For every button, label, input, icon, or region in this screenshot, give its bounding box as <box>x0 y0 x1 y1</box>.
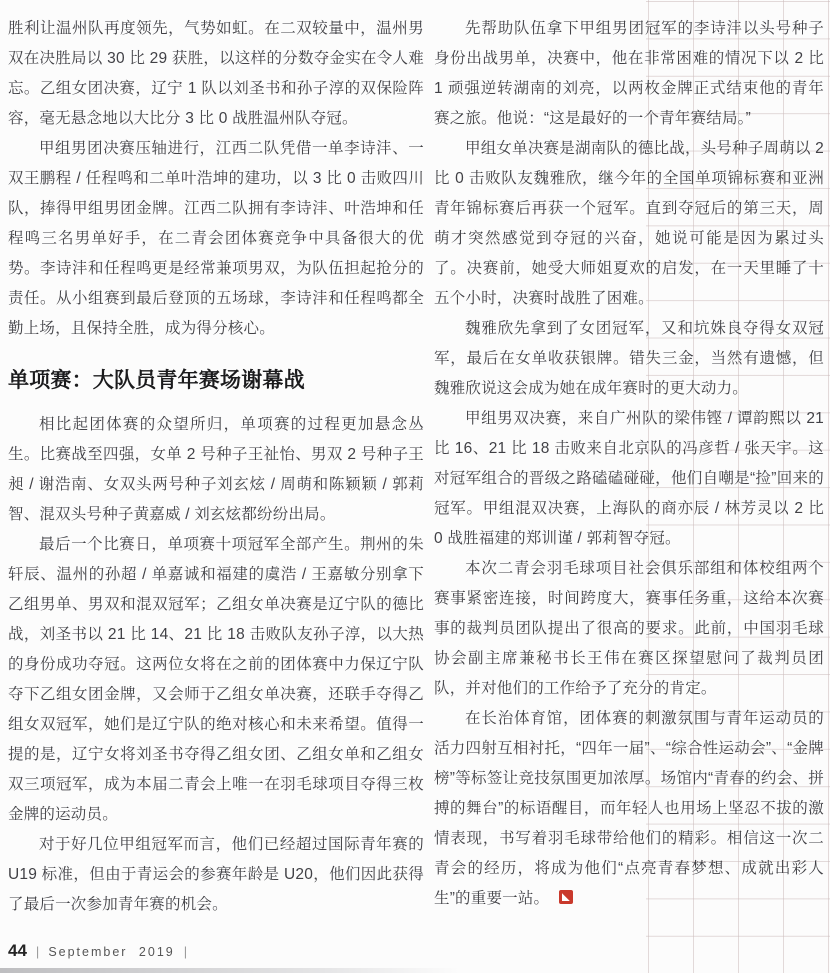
page-footer: 44 | September 2019 | <box>8 941 187 961</box>
paragraph: 对于好几位甲组冠军而言，他们已经超过国际青年赛的 U19 标准，但由于青运会的参… <box>8 830 424 920</box>
section-heading: 单项赛：大队员青年赛场谢幕战 <box>8 367 424 395</box>
footer-separator: | <box>36 944 39 959</box>
article-end-icon <box>559 890 573 904</box>
paragraph: 甲组男团决赛压轴进行，江西二队凭借一单李诗沣、一双王鹏程 / 任程鸣和二单叶浩坤… <box>8 134 424 344</box>
paragraph: 先帮助队伍拿下甲组男团冠军的李诗沣以头号种子身份出战男单，决赛中，他在非常困难的… <box>434 14 824 134</box>
magazine-page: 胜利让温州队再度领先，气势如虹。在二双较量中，温州男双在决胜局以 30 比 29… <box>0 0 830 973</box>
paragraph: 胜利让温州队再度领先，气势如虹。在二双较量中，温州男双在决胜局以 30 比 29… <box>8 14 424 134</box>
footer-separator: | <box>184 944 187 959</box>
issue-date: September 2019 <box>48 945 174 959</box>
paragraph-text: 在长治体育馆，团体赛的刺激氛围与青年运动员的活力四射互相衬托，“四年一届”、“综… <box>434 710 824 907</box>
paragraph: 魏雅欣先拿到了女团冠军，又和坑姝良夺得女双冠军，最后在女单收获银牌。错失三金，当… <box>434 314 824 404</box>
paragraph: 相比起团体赛的众望所归，单项赛的过程更加悬念丛生。比赛战至四强，女单 2 号种子… <box>8 410 424 530</box>
page-edge-shadow <box>0 968 460 973</box>
paragraph: 甲组男双决赛，来自广州队的梁伟铿 / 谭韵熙以 21 比 16、21 比 18 … <box>434 404 824 554</box>
paragraph: 本次二青会羽毛球项目社会俱乐部组和体校组两个赛事紧密连接，时间跨度大，赛事任务重… <box>434 554 824 704</box>
article-column-right: 先帮助队伍拿下甲组男团冠军的李诗沣以头号种子身份出战男单，决赛中，他在非常困难的… <box>434 14 824 914</box>
article-end-icon-triangle <box>562 893 570 901</box>
paragraph: 甲组女单决赛是湖南队的德比战，头号种子周萌以 2 比 0 击败队友魏雅欣，继今年… <box>434 134 824 314</box>
paragraph: 最后一个比赛日，单项赛十项冠军全部产生。荆州的朱轩辰、温州的孙超 / 单嘉诚和福… <box>8 530 424 830</box>
page-number: 44 <box>8 941 27 961</box>
paragraph: 在长治体育馆，团体赛的刺激氛围与青年运动员的活力四射互相衬托，“四年一届”、“综… <box>434 704 824 914</box>
article-column-left: 胜利让温州队再度领先，气势如虹。在二双较量中，温州男双在决胜局以 30 比 29… <box>8 14 424 920</box>
